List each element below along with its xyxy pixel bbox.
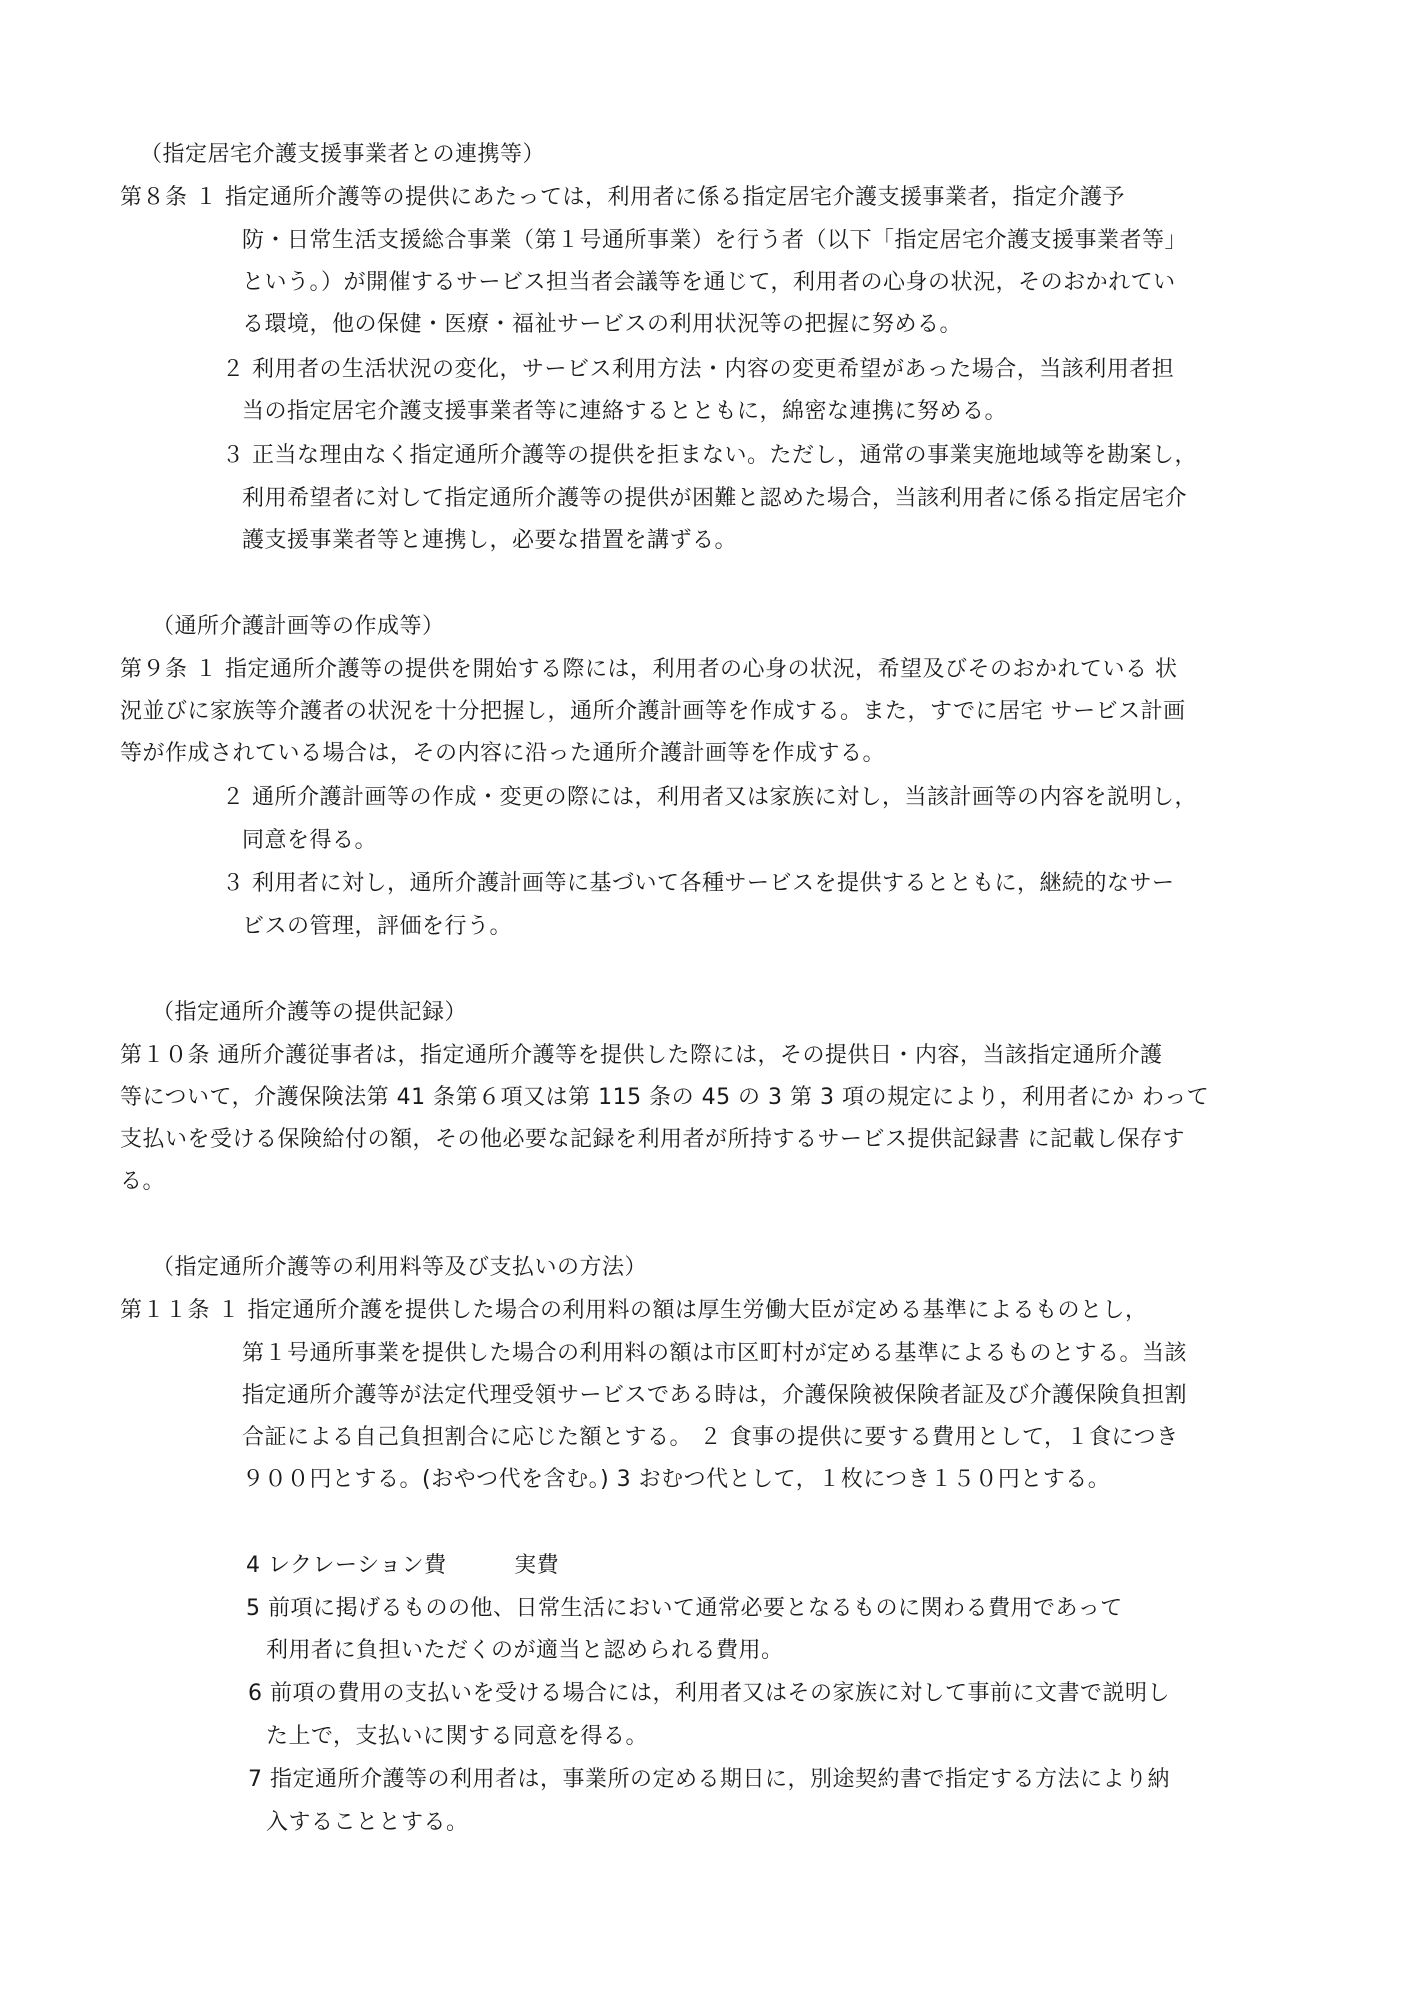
article-line: 防・日常生活支援総合事業（第１号通所事業）を行う者（以下「指定居宅介護支援事業者… bbox=[242, 226, 1187, 256]
clause-line: 入することとする。 bbox=[266, 1808, 469, 1838]
section-heading: （指定通所介護等の利用料等及び支払いの方法） bbox=[152, 1253, 647, 1283]
clause-line: ２ 通所介護計画等の作成・変更の際には，利用者又は家族に対し，当該計画等の内容を… bbox=[222, 783, 1197, 813]
article-line: 第８条 １ 指定通所介護等の提供にあたっては，利用者に係る指定居宅介護支援事業者… bbox=[120, 183, 1125, 213]
clause-line: ３ 利用者に対し，通所介護計画等に基づいて各種サービスを提供するとともに，継続的… bbox=[222, 869, 1175, 899]
clause-line: 利用者に負担いただくのが適当と認められる費用。 bbox=[266, 1636, 784, 1666]
article-line: 第９条 １ 指定通所介護等の提供を開始する際には，利用者の心身の状況，希望及びそ… bbox=[120, 655, 1177, 685]
clause-line: 7 指定通所介護等の利用者は，事業所の定める期日に，別途契約書で指定する方法によ… bbox=[248, 1765, 1170, 1795]
clause-line: 当の指定居宅介護支援事業者等に連絡するとともに，綿密な連携に努める。 bbox=[242, 397, 1007, 427]
section-heading: （指定通所介護等の提供記録） bbox=[152, 998, 467, 1028]
article-line: 指定通所介護等が法定代理受領サービスである時は，介護保険被保険者証及び介護保険負… bbox=[242, 1381, 1187, 1411]
article-line: という。）が開催するサービス担当者会議等を通じて，利用者の心身の状況，そのおかれ… bbox=[242, 268, 1176, 298]
clause-line: ３ 正当な理由なく指定通所介護等の提供を拒まない。ただし，通常の事業実施地域等を… bbox=[222, 441, 1197, 471]
clause-line: ２ 利用者の生活状況の変化，サービス利用方法・内容の変更希望があった場合，当該利… bbox=[222, 355, 1174, 385]
section-heading: （指定居宅介護支援事業者との連携等） bbox=[140, 140, 545, 170]
article-line: 第１１条 １ 指定通所介護を提供した場合の利用料の額は厚生労働大臣が定める基準に… bbox=[120, 1296, 1148, 1326]
clause-line: 4 レクレーション費 実費 bbox=[246, 1551, 559, 1581]
clause-line: 護支援事業者等と連携し，必要な措置を講ずる。 bbox=[242, 526, 737, 556]
section-heading: （通所介護計画等の作成等） bbox=[152, 612, 445, 642]
clause-line: 6 前項の費用の支払いを受ける場合には，利用者又はその家族に対して事前に文書で説… bbox=[248, 1679, 1170, 1709]
clause-line: ビスの管理，評価を行う。 bbox=[242, 912, 512, 942]
clause-line: 利用希望者に対して指定通所介護等の提供が困難と認めた場合，当該利用者に係る指定居… bbox=[242, 484, 1187, 514]
article-line: る。 bbox=[120, 1167, 165, 1197]
clause-line: 5 前項に掲げるものの他、日常生活において通常必要となるものに関わる費用であって bbox=[246, 1594, 1123, 1624]
article-line: ９００円とする。(おやつ代を含む。) 3 おむつ代として，１枚につき１５０円とす… bbox=[242, 1465, 1110, 1495]
article-line: る環境，他の保健・医療・福祉サービスの利用状況等の把握に努める。 bbox=[242, 310, 962, 340]
clause-line: 同意を得る。 bbox=[242, 826, 377, 856]
clause-line: た上で，支払いに関する同意を得る。 bbox=[266, 1722, 648, 1752]
article-line: 等が作成されている場合は，その内容に沿った通所介護計画等を作成する。 bbox=[120, 739, 885, 769]
article-line: 等について，介護保険法第 41 条第６項又は第 115 条の 45 の 3 第 … bbox=[120, 1083, 1209, 1113]
article-line: 第１号通所事業を提供した場合の利用料の額は市区町村が定める基準によるものとする。… bbox=[242, 1339, 1187, 1369]
article-line: 況並びに家族等介護者の状況を十分把握し，通所介護計画等を作成する。また，すでに居… bbox=[120, 697, 1186, 727]
article-line: 支払いを受ける保険給付の額，その他必要な記録を利用者が所持するサービス提供記録書… bbox=[120, 1125, 1185, 1155]
article-line: 第１０条 通所介護従事者は，指定通所介護等を提供した際には，その提供日・内容，当… bbox=[120, 1041, 1163, 1071]
article-line: 合証による自己負担割合に応じた額とする。 ２ 食事の提供に要する費用として，１食… bbox=[242, 1423, 1179, 1453]
